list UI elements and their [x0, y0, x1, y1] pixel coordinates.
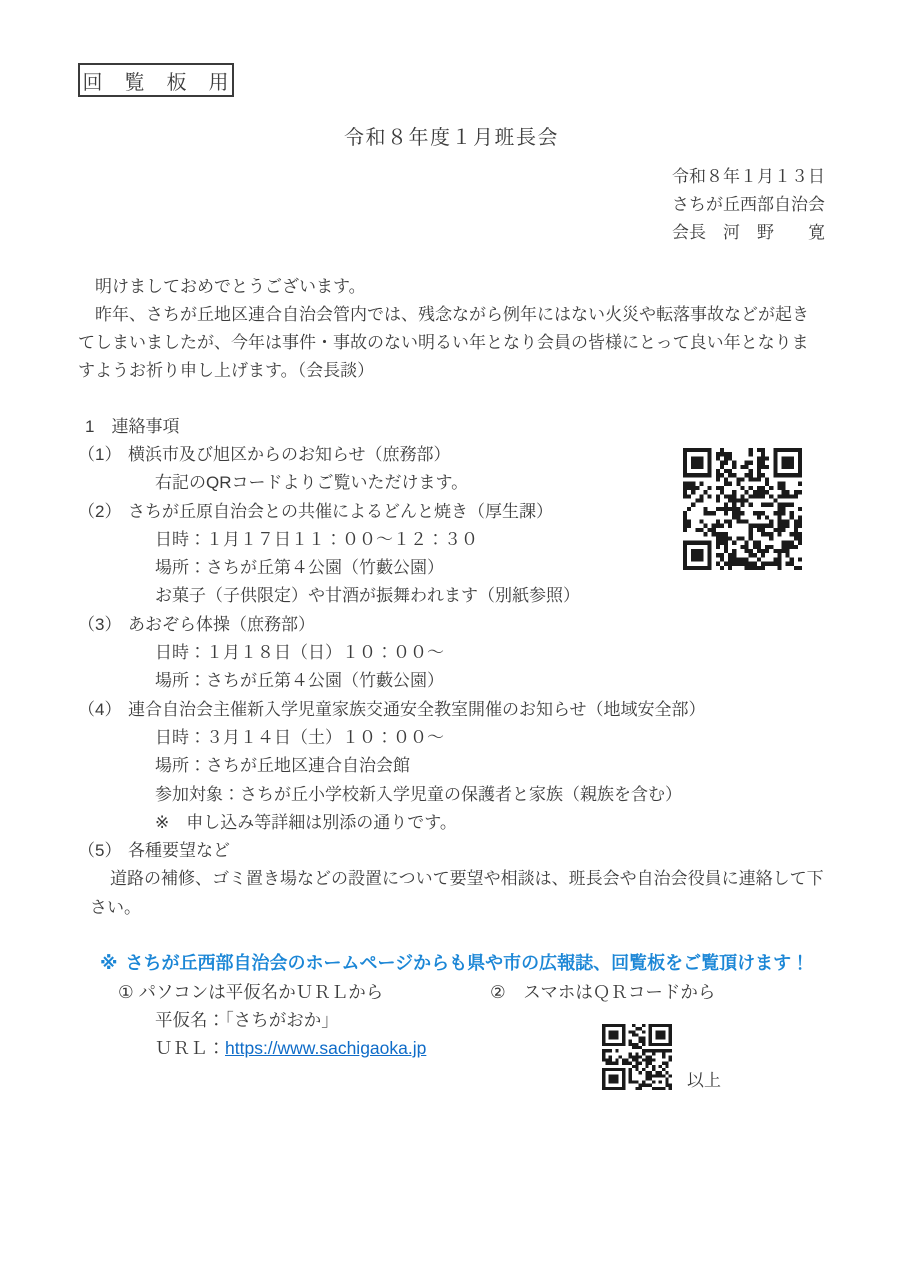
qr-code-homepage [602, 1024, 672, 1090]
list-item-5: （5）各種要望など [78, 837, 825, 865]
note-text: さちが丘西部自治会のホームページからも県や市の広報誌、回覧板をご覧頂けます！ [126, 948, 810, 978]
qr-code-city-ward-news [683, 448, 802, 570]
greeting-paragraphs: 明けましておめでとうございます。 昨年、さちが丘地区連合自治会管内では、残念なが… [78, 273, 825, 385]
list-item-4: （4）連合自治会主催新入学児童家族交通安全教室開催のお知らせ（地域安全部） [78, 696, 825, 724]
item-4-note: ※ 申し込み等詳細は別添の通りです。 [78, 809, 825, 837]
item-4-label: （4） [78, 696, 128, 724]
item-5-heading: 各種要望など [128, 841, 230, 860]
item-2-heading: さちが丘原自治会との共催によるどんと焼き（厚生課） [128, 502, 553, 521]
section-heading: 1 連絡事項 [78, 413, 825, 441]
item-1-label: （1） [78, 441, 128, 469]
url-label: ＵＲＬ： [155, 1038, 225, 1058]
item-4-target: 参加対象：さちが丘小学校新入学児童の保護者と家族（親族を含む） [78, 781, 825, 809]
homepage-link[interactable]: https://www.sachigaoka.jp [225, 1038, 426, 1058]
url-line: ＵＲＬ：https://www.sachigaoka.jp [78, 1034, 825, 1062]
circulation-stamp-box: 回 覧 板 用 [78, 63, 234, 97]
item-2-extra: お菓子（子供限定）や甘酒が振舞われます（別紙参照） [78, 582, 825, 610]
access-option-pc: ① パソコンは平仮名かＵＲＬから [118, 978, 490, 1006]
page-title: 令和８年度１月班長会 [78, 125, 825, 151]
item-5-label: （5） [78, 837, 128, 865]
item-3-datetime: 日時：１月１８日（日）１０：００～ [78, 639, 825, 667]
item-4-heading: 連合自治会主催新入学児童家族交通安全教室開催のお知らせ（地域安全部） [128, 700, 706, 719]
greeting-line: 明けましておめでとうございます。 [78, 273, 825, 301]
item-5-body: 道路の補修、ゴミ置き場などの設置について要望や相談は、班長会や自治会役員に連絡し… [78, 865, 825, 922]
hiragana-line: 平仮名：「さちがおか」 [78, 1006, 825, 1034]
issue-date: 令和８年１月１３日 [78, 163, 825, 191]
item-3-label: （3） [78, 611, 128, 639]
access-option-smartphone: ② スマホはＱＲコードから [490, 982, 715, 1002]
homepage-note: ※ さちが丘西部自治会のホームページからも県や市の広報誌、回覧板をご覧頂けます！ [78, 948, 825, 978]
item-4-place: 場所：さちが丘地区連合自治会館 [78, 752, 825, 780]
list-item-3: （3）あおぞら体操（庶務部） [78, 611, 825, 639]
date-block: 令和８年１月１３日 さちが丘西部自治会 会長 河 野 寛 [78, 163, 825, 247]
item-2-label: （2） [78, 498, 128, 526]
circulation-stamp-text: 回 覧 板 用 [83, 66, 230, 95]
chairman-name: 会長 河 野 寛 [78, 219, 825, 247]
document-page: 回 覧 板 用 令和８年度１月班長会 令和８年１月１３日 さちが丘西部自治会 会… [0, 0, 904, 1280]
item-1-heading: 横浜市及び旭区からのお知らせ（庶務部） [128, 445, 451, 464]
note-marker: ※ [100, 948, 118, 978]
association-name: さちが丘西部自治会 [78, 191, 825, 219]
access-options-row: ① パソコンは平仮名かＵＲＬから② スマホはＱＲコードから [78, 978, 825, 1006]
item-3-place: 場所：さちが丘第４公園（竹藪公園） [78, 667, 825, 695]
item-3-heading: あおぞら体操（庶務部） [128, 615, 315, 634]
greeting-body: 昨年、さちが丘地区連合自治会管内では、残念ながら例年にはない火災や転落事故などが… [78, 301, 825, 385]
item-4-datetime: 日時：３月１４日（土）１０：００～ [78, 724, 825, 752]
closing-word: 以上 [687, 1066, 721, 1091]
